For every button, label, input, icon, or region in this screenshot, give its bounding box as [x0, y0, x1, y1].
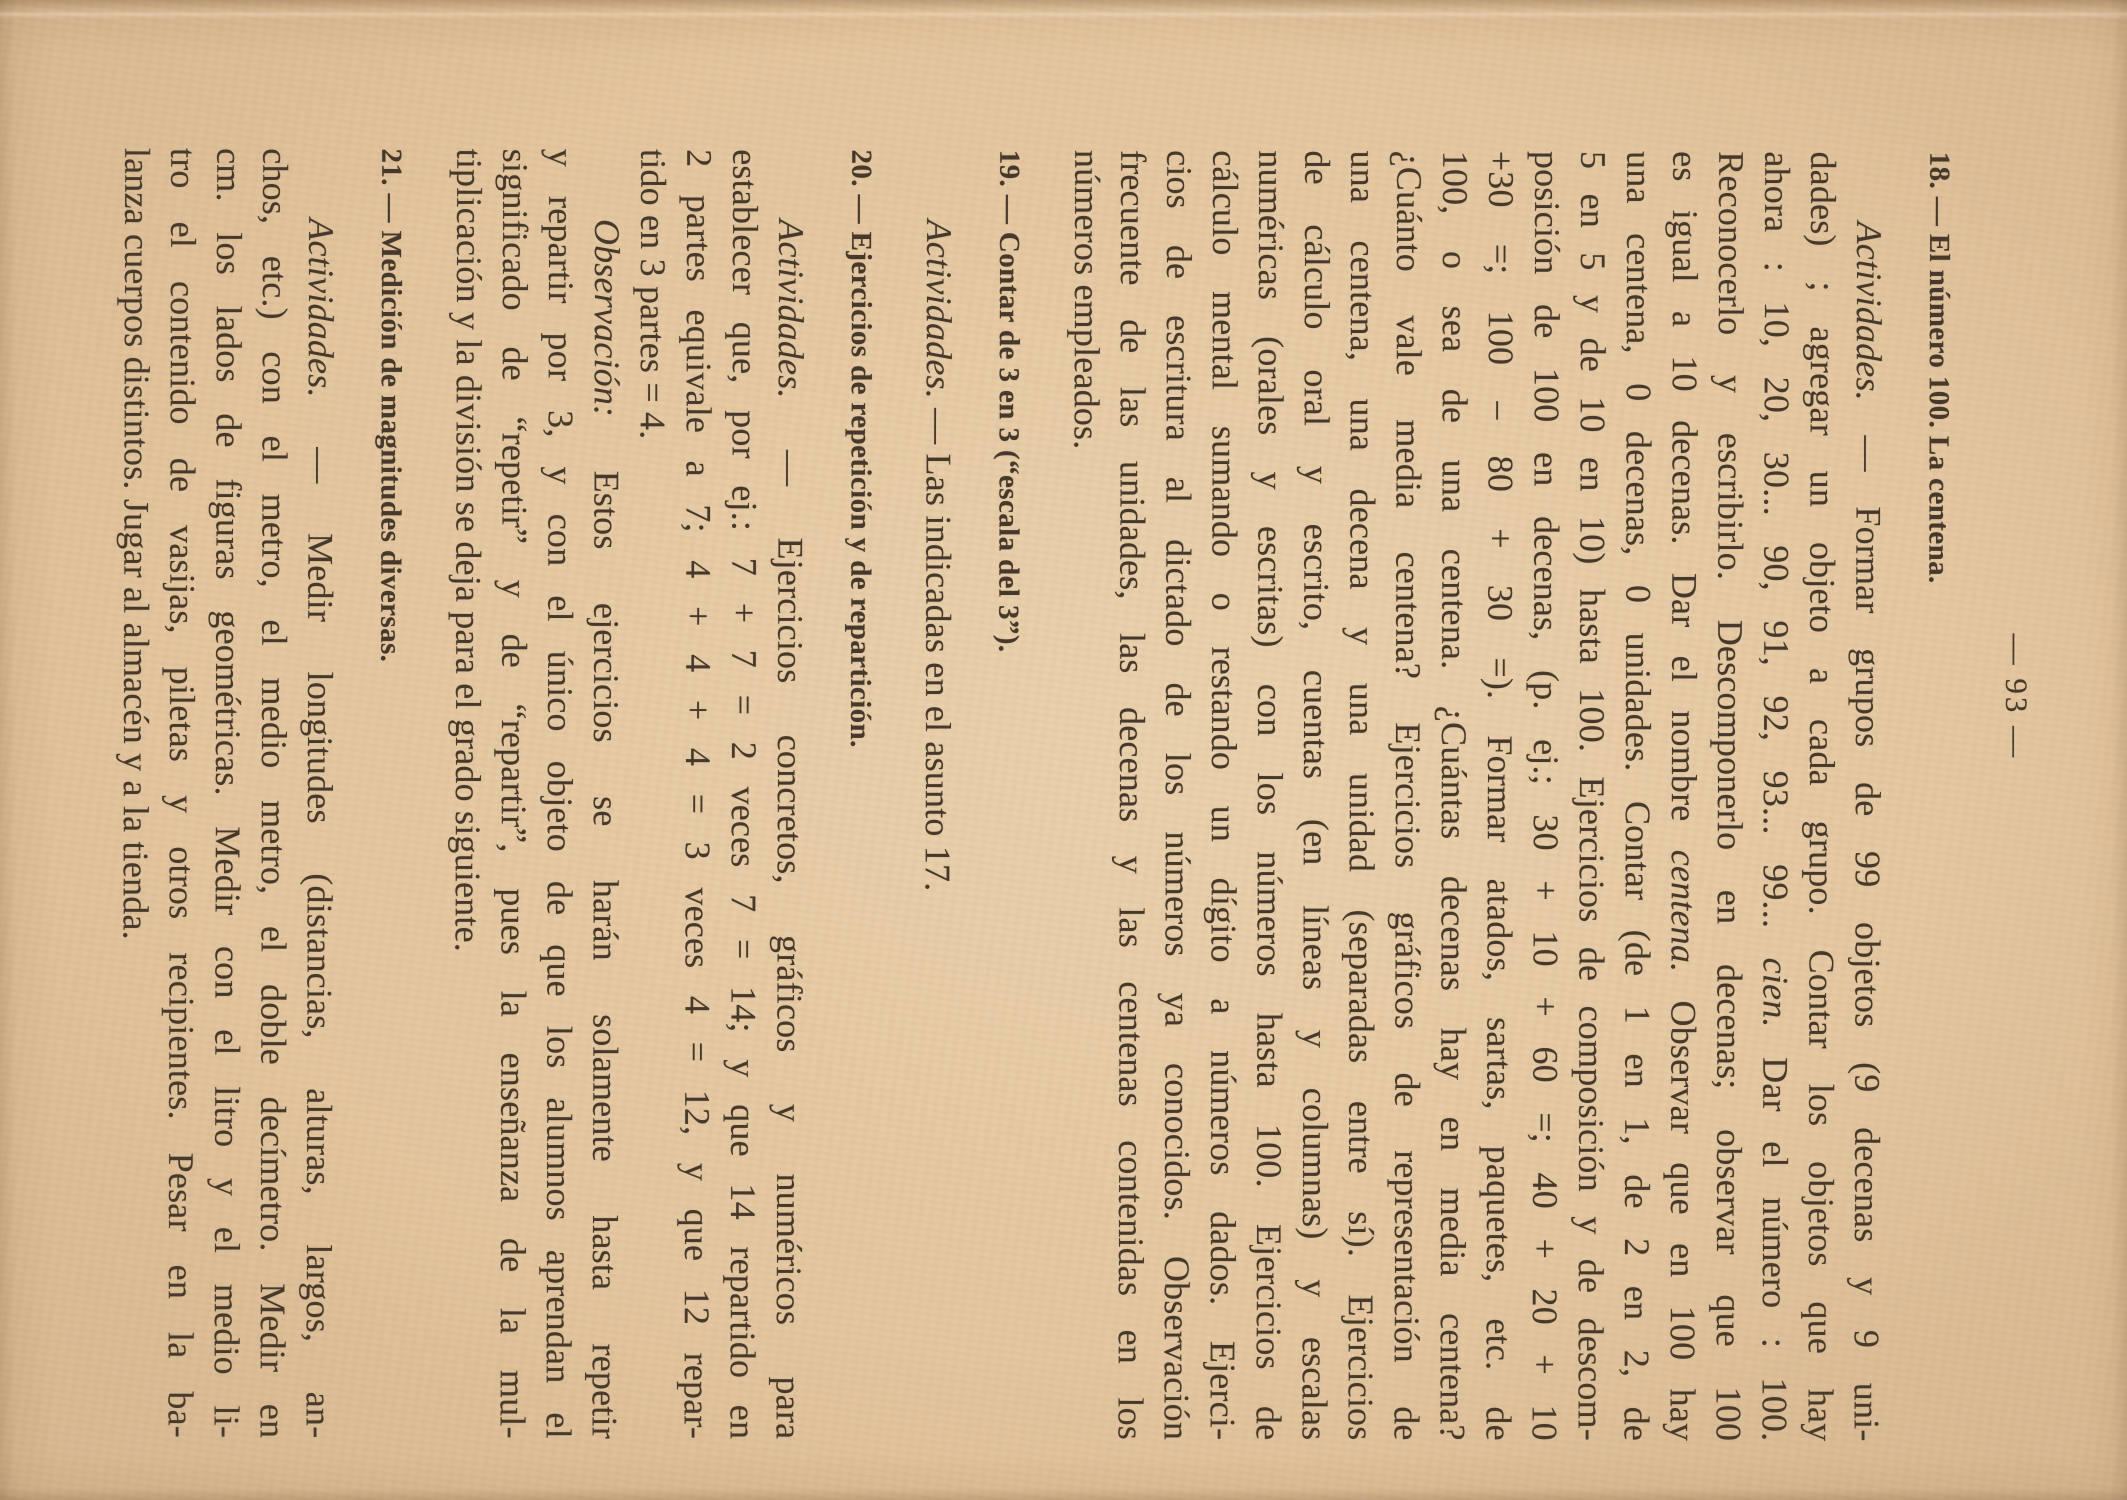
text-segment: una centena, 0 decenas, 0 unidades. Cont…: [1617, 151, 1660, 1441]
text-line: 5 en 5 y de 10 en 10) hasta 100. Ejercic…: [1568, 151, 1617, 1441]
text-segment: cm. los lados de figuras geométricas. Me…: [207, 148, 250, 1438]
text-segment: lanza cuerpos distintos. Jugar al almacé…: [116, 148, 158, 940]
text-segment: significado de “repetir” y de “repartir”…: [493, 149, 536, 1439]
text-segment: Reconocerlo y escribirlo. Descomponerlo …: [1709, 151, 1752, 1441]
text-segment: — Medir longitudes (distancias, alturas,…: [299, 398, 341, 1439]
text-line: +30 =; 100 – 80 + 30 =). Formar atados, …: [1476, 151, 1525, 1441]
text-line: cios de escritura al dictado de los núme…: [1154, 150, 1203, 1440]
text-segment: — Ejercicios concretos, gráficos y numér…: [769, 399, 811, 1440]
text-segment: dades) ; agregar un objeto a cada grupo.…: [1801, 151, 1844, 1441]
text-line: Actividades. — Ejercicios concretos, grá…: [766, 149, 815, 1439]
paragraph: Actividades. — Formar grupos de 99 objet…: [1062, 150, 1893, 1442]
text-line: 2 partes equivale a 7; 4 + 4 + 4 = 3 vec…: [674, 149, 723, 1439]
text-segment: posición de 100 en decenas, (p. ej.; 30 …: [1525, 151, 1568, 1441]
text-segment: chos, etc.) con el metro, el medio metro…: [253, 148, 296, 1438]
text-line: una centena, una decena y una unidad (se…: [1338, 150, 1387, 1440]
text-line: tiplicación y la división se deja para e…: [444, 149, 493, 1439]
text-segment: y repartir por 3, y con el único objeto …: [539, 149, 582, 1439]
text-line: tro el contenido de vasijas, piletas y o…: [158, 148, 207, 1438]
text-segment: establecer que, por ej.: 7 + 7 = 2 veces…: [723, 149, 766, 1439]
text-segment: cios de escritura al dictado de los núme…: [1157, 150, 1200, 1440]
text-segment: Estos ejercicios se harán solamente hast…: [585, 417, 627, 1439]
text-line: dades) ; agregar un objeto a cada grupo.…: [1798, 151, 1847, 1441]
text-line: ahora : 10, 20, 30... 90, 91, 92, 93... …: [1752, 151, 1801, 1441]
text-segment: frecuente de las unidades, las decenas y…: [1111, 150, 1154, 1440]
text-segment: 100, o sea de una centena. ¿Cuántas dece…: [1433, 151, 1476, 1441]
italic-text: Actividades.: [771, 219, 811, 398]
text-line: y repartir por 3, y con el único objeto …: [536, 149, 585, 1439]
text-line: significado de “repetir” y de “repartir”…: [490, 149, 539, 1439]
text-line: numéricas (orales y escritas) con los nú…: [1246, 150, 1295, 1440]
text-segment: una centena, una decena y una unidad (se…: [1341, 150, 1384, 1440]
section-heading: 18. — El número 100. La centena.: [1914, 152, 1963, 1442]
paragraph: Observación: Estos ejercicios se harán s…: [444, 149, 631, 1439]
text-line: chos, etc.) con el metro, el medio metro…: [250, 148, 299, 1438]
text-line: Reconocerlo y escribirlo. Descomponerlo …: [1706, 151, 1755, 1441]
text-segment: de cálculo oral y escrito, cuentas (en l…: [1295, 150, 1338, 1440]
text-line: posición de 100 en decenas, (p. ej.; 30 …: [1522, 151, 1571, 1441]
text-line: Actividades. — Formar grupos de 99 objet…: [1844, 152, 1893, 1442]
section-heading: 21. — Medición de magnitudes diversas.: [366, 148, 415, 1438]
text-line: es igual a 10 decenas. Dar el nombre cen…: [1660, 151, 1709, 1441]
italic-text: Observación:: [587, 219, 627, 417]
text-line: cm. los lados de figuras geométricas. Me…: [204, 148, 253, 1438]
book-page: — 93 — 18. — El número 100. La centena.A…: [0, 0, 2127, 1500]
text-line: 100, o sea de una centena. ¿Cuántas dece…: [1430, 151, 1479, 1441]
italic-text: cien.: [1755, 958, 1795, 1028]
text-line: Observación: Estos ejercicios se harán s…: [582, 149, 631, 1439]
paragraph: Actividades. — Las indicadas en el asunt…: [914, 150, 963, 1440]
section-heading: 20. — Ejercicios de repetición y de repa…: [836, 149, 885, 1439]
text-line: Actividades. — Medir longitudes (distanc…: [296, 148, 345, 1438]
text-line: ¿Cuánto vale media centena? Ejercicios g…: [1384, 151, 1433, 1441]
page-content: — 93 — 18. — El número 100. La centena.A…: [111, 0, 2127, 1500]
text-segment: — Las indicadas en el asunto 17.: [918, 399, 959, 892]
italic-text: Actividades.: [1849, 222, 1889, 401]
text-segment: Observar que en 100 hay: [1663, 972, 1704, 1441]
text-line: frecuente de las unidades, las decenas y…: [1108, 150, 1157, 1440]
italic-text: Actividades.: [301, 218, 341, 397]
scanned-book-page-photo: — 93 — 18. — El número 100. La centena.A…: [0, 0, 2127, 1500]
text-segment: tro el contenido de vasijas, piletas y o…: [161, 148, 204, 1438]
text-line: de cálculo oral y escrito, cuentas (en l…: [1292, 150, 1341, 1440]
text-line: números empleados.: [1062, 150, 1111, 1440]
italic-text: centena.: [1664, 850, 1704, 973]
text-segment: ahora : 10, 20, 30... 90, 91, 92, 93... …: [1756, 151, 1798, 957]
text-segment: ¿Cuánto vale media centena? Ejercicios g…: [1387, 151, 1430, 1441]
text-segment: tido en 3 partes = 4.: [633, 149, 674, 440]
text-segment: tiplicación y la división se deja para e…: [448, 149, 490, 952]
text-segment: numéricas (orales y escritas) con los nú…: [1249, 150, 1292, 1440]
text-segment: Dar el número : 100.: [1755, 1028, 1796, 1442]
text-line: cálculo mental sumando o restando un díg…: [1200, 150, 1249, 1440]
text-segment: cálculo mental sumando o restando un díg…: [1203, 150, 1246, 1440]
text-line: Actividades. — Las indicadas en el asunt…: [914, 150, 963, 1440]
text-segment: 2 partes equivale a 7; 4 + 4 + 4 = 3 vec…: [677, 149, 720, 1439]
text-segment: +30 =; 100 – 80 + 30 =). Formar atados, …: [1479, 151, 1522, 1441]
text-segment: números empleados.: [1067, 150, 1108, 450]
text-line: tido en 3 partes = 4.: [628, 149, 677, 1439]
text-line: una centena, 0 decenas, 0 unidades. Cont…: [1614, 151, 1663, 1441]
paragraph: Actividades. — Ejercicios concretos, grá…: [628, 149, 815, 1439]
page-number: — 93 —: [1993, 577, 2040, 817]
text-segment: es igual a 10 decenas. Dar el nombre: [1664, 151, 1705, 850]
paragraph: Actividades. — Medir longitudes (distanc…: [112, 148, 345, 1438]
text-line: establecer que, por ej.: 7 + 7 = 2 veces…: [720, 149, 769, 1439]
text-segment: — Formar grupos de 99 objetos (9 decenas…: [1847, 401, 1889, 1442]
text-segment: 5 en 5 y de 10 en 10) hasta 100. Ejercic…: [1571, 151, 1614, 1441]
italic-text: Actividades.: [919, 220, 959, 399]
text-line: lanza cuerpos distintos. Jugar al almacé…: [112, 148, 161, 1438]
section-heading: 19. — Contar de 3 en 3 (“escala del 3”).: [984, 150, 1033, 1440]
